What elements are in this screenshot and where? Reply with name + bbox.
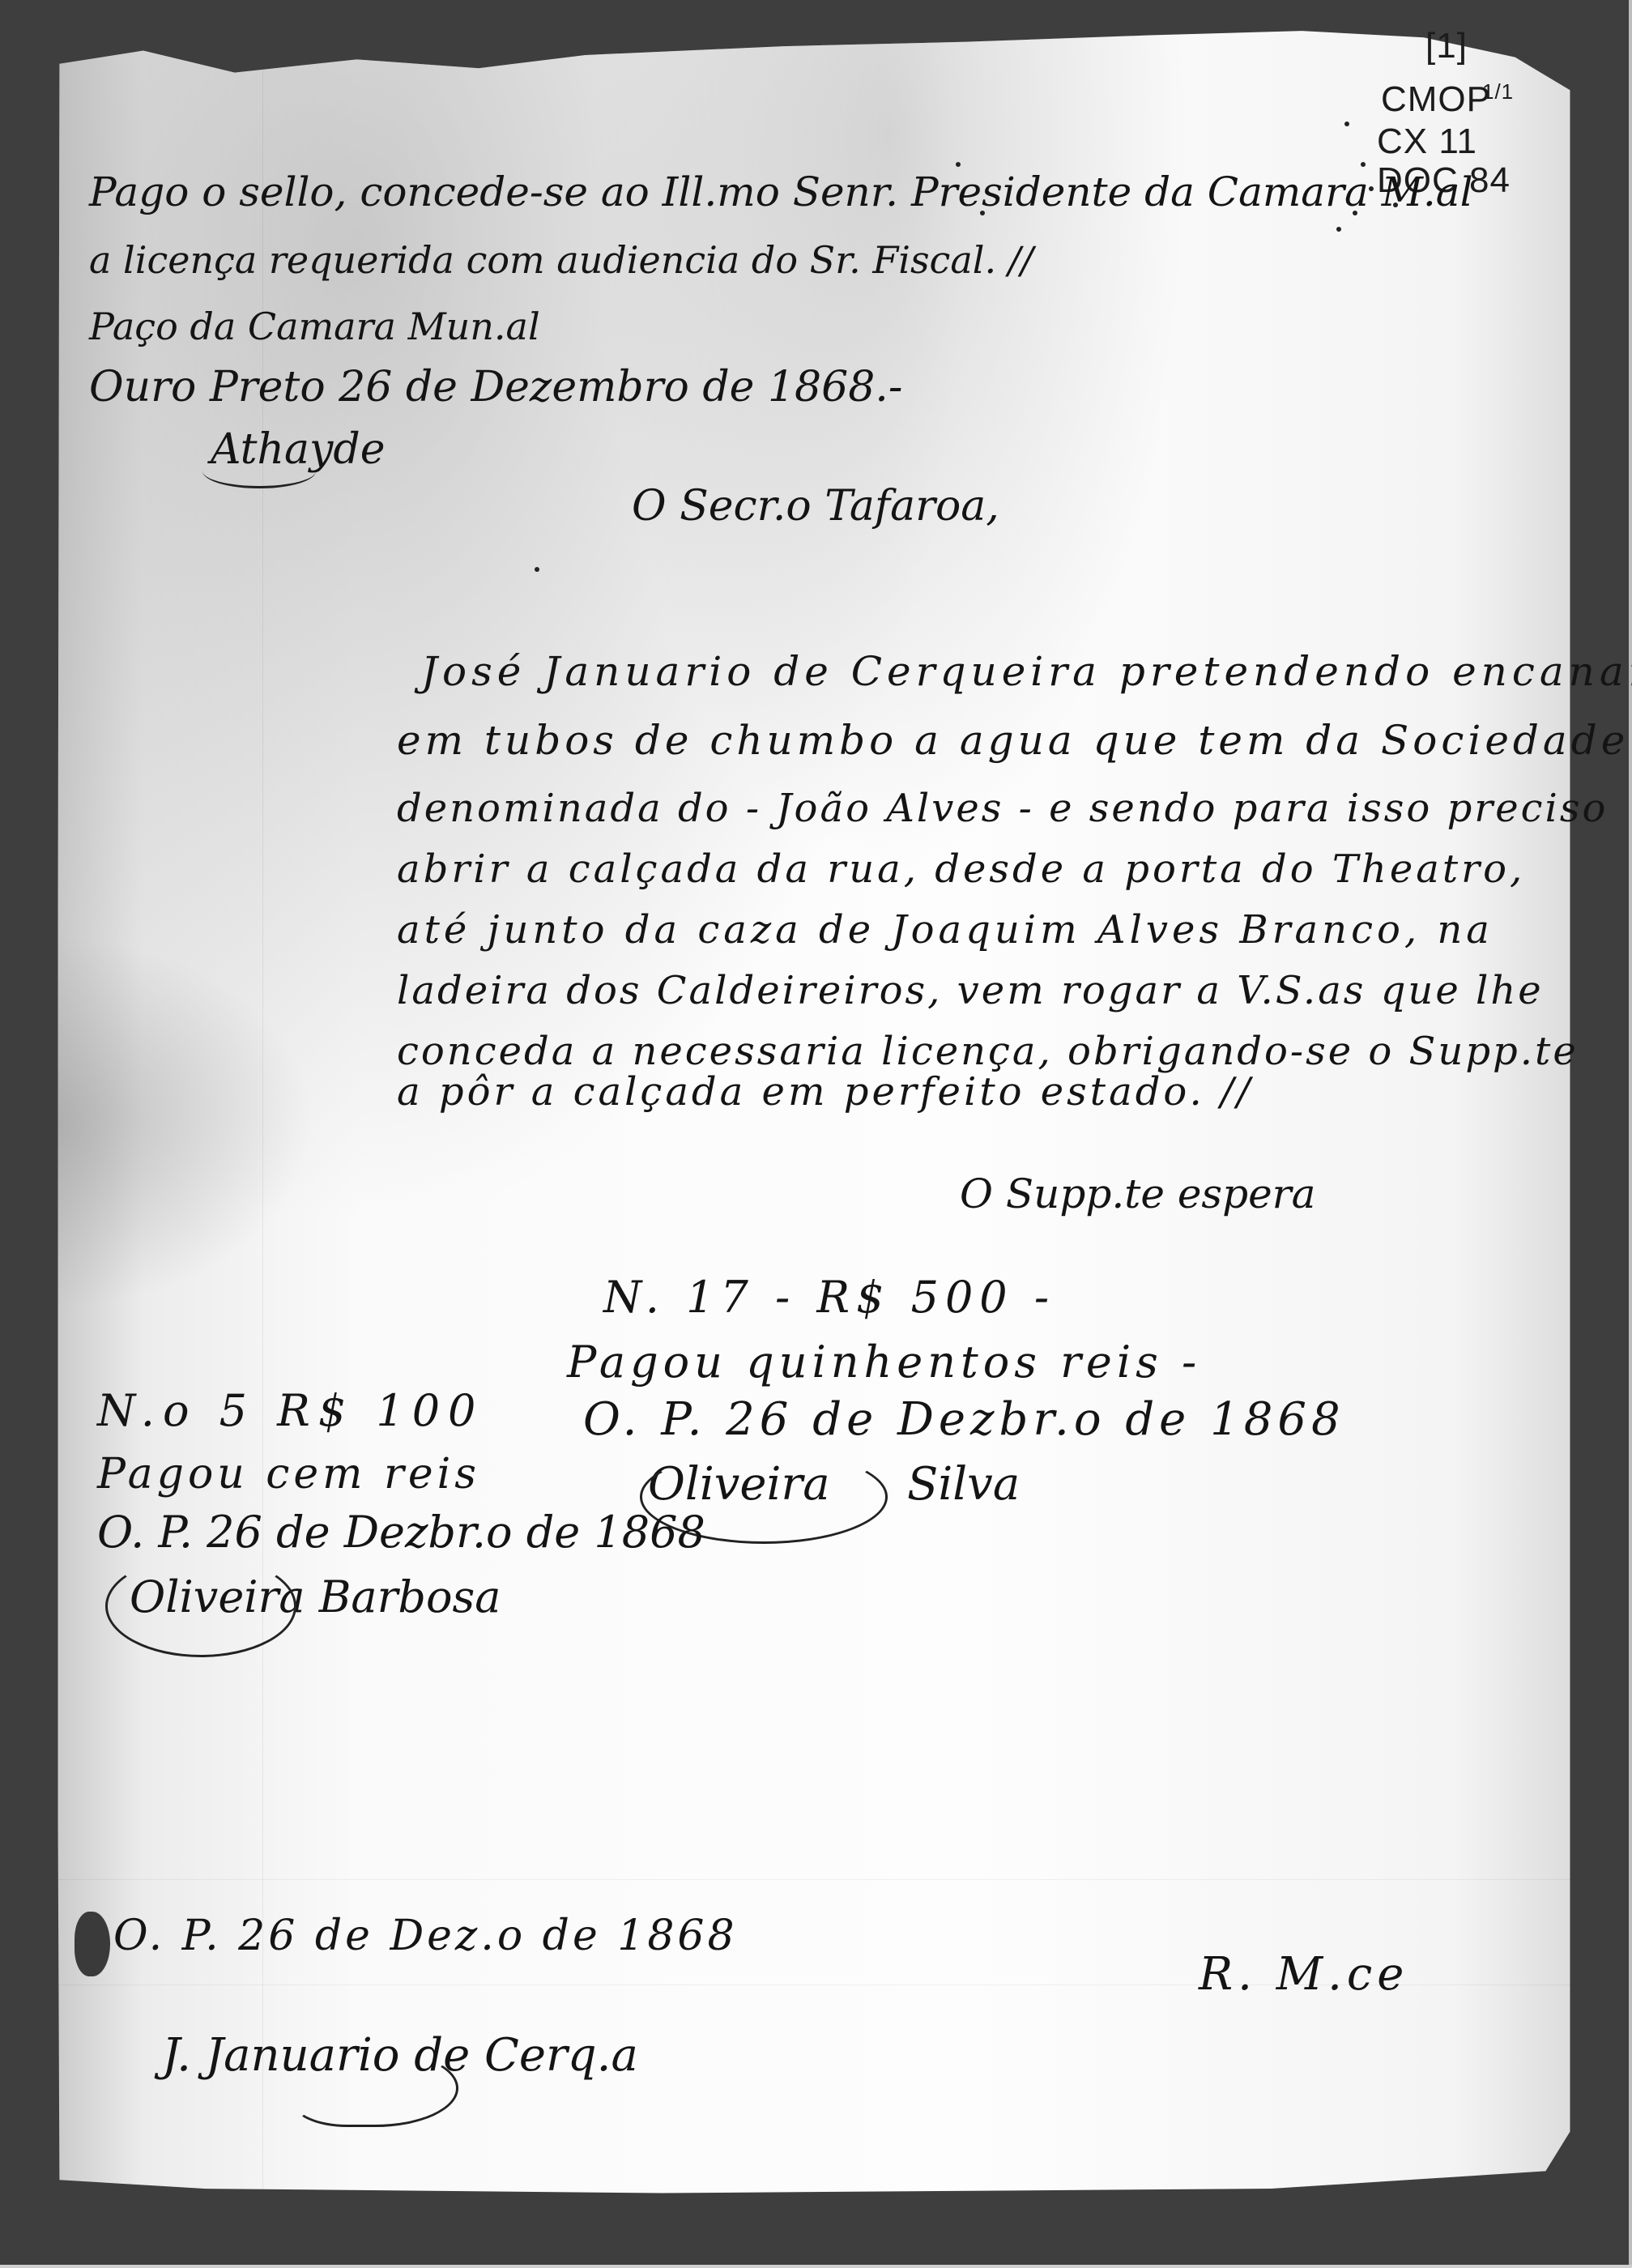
- ink-speck: [535, 567, 539, 572]
- petition-line-4: abrir a calçada da rua, desde a porta do…: [397, 846, 1525, 892]
- manuscript-page: [52, 24, 1576, 2219]
- payment-note-left-line-1: N.o 5 R$ 100: [97, 1385, 484, 1436]
- petition-line-7: conceda a necessaria licença, obrigando-…: [397, 1029, 1579, 1074]
- signature-flourish: [202, 454, 316, 488]
- petition-line-8: a pôr a calçada em perfeito estado. //: [397, 1069, 1253, 1115]
- archival-box: CX 11: [1377, 123, 1477, 160]
- payment-note-center-signature-second: Silva: [907, 1458, 1020, 1511]
- archival-bracket-number: [1]: [1425, 28, 1468, 65]
- payment-note-center-line-2: Pagou quinhentos reis -: [567, 1336, 1201, 1388]
- page-fold-line: [262, 24, 263, 2219]
- petition-line-6: ladeira dos Caldeireiros, vem rogar a V.…: [397, 968, 1544, 1013]
- petition-line-3: denominada do - João Alves - e sendo par…: [397, 786, 1608, 831]
- addressee: O Secr.o Tafaroa,: [632, 482, 999, 531]
- payment-note-center-line-3: O. P. 26 de Dezbr.o de 1868: [583, 1393, 1345, 1446]
- petition-line-1: José Januario de Cerqueira pretendendo e…: [421, 648, 1632, 695]
- ink-speck: [1361, 162, 1366, 167]
- signature-flourish: [292, 2049, 458, 2127]
- ink-speck: [1344, 122, 1349, 126]
- petition-line-2: em tubos de chumbo a agua que tem da Soc…: [397, 717, 1629, 764]
- petition-line-5: até junto da caza de Joaquim Alves Branc…: [397, 907, 1494, 953]
- ink-speck: [1336, 227, 1341, 232]
- dispatch-line-2: a licença requerida com audiencia do Sr.…: [89, 238, 1033, 282]
- dispatch-line-1: Pago o sello, concede-se ao Ill.mo Senr.…: [89, 168, 1473, 215]
- archival-collection-fraction: 1/1: [1482, 73, 1514, 110]
- payment-note-left-line-2: Pagou cem reis: [97, 1450, 480, 1498]
- petition-closing: O Supp.te espera: [960, 1170, 1315, 1217]
- archival-collection: CMOP: [1381, 81, 1491, 118]
- closing-right: R. M.ce: [1199, 1948, 1408, 2001]
- closing-date: O. P. 26 de Dez.o de 1868: [113, 1912, 738, 1960]
- dispatch-date: Ouro Preto 26 de Dezembro de 1868.-: [89, 363, 902, 411]
- payment-note-center-line-1: N. 17 - R$ 500 -: [603, 1272, 1055, 1323]
- payment-note-left-line-3: O. P. 26 de Dezbr.o de 1868: [97, 1507, 705, 1558]
- ink-stain: [75, 1912, 110, 1976]
- scan-border-bottom: [0, 2265, 1632, 2268]
- ink-speck: [956, 162, 961, 167]
- scan-border-right: [1629, 0, 1632, 2268]
- paper-rule-line: [52, 1879, 1576, 1880]
- dispatch-line-3: Paço da Camara Mun.al: [89, 305, 540, 348]
- signature-flourish: [105, 1555, 296, 1657]
